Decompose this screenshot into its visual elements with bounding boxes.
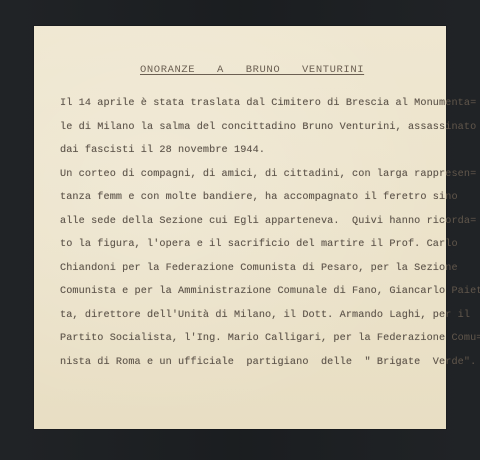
- body-line: dai fascisti il 28 novembre 1944.: [60, 139, 440, 163]
- body-line: ta, direttore dell'Unità di Milano, il D…: [60, 304, 440, 328]
- body-line: to la figura, l'opera e il sacrificio de…: [60, 233, 440, 257]
- body-line: tanza femm e con molte bandiere, ha acco…: [60, 186, 440, 210]
- body-line: Il 14 aprile è stata traslata dal Cimite…: [60, 92, 440, 116]
- body-line: le di Milano la salma del concittadino B…: [60, 116, 440, 140]
- document-title: ONORANZE A BRUNO VENTURINI: [140, 64, 300, 76]
- body-line: Comunista e per la Amministrazione Comun…: [60, 280, 440, 304]
- body-line: Chiandoni per la Federazione Comunista d…: [60, 257, 440, 281]
- body-line: Partito Socialista, l'Ing. Mario Calliga…: [60, 327, 440, 351]
- body-line: nista di Roma e un ufficiale partigiano …: [60, 351, 440, 375]
- body-line: alle sede della Sezione cui Egli apparte…: [60, 210, 440, 234]
- body-line: Un corteo di compagni, di amici, di citt…: [60, 163, 440, 187]
- document-body: Il 14 aprile è stata traslata dal Cimite…: [60, 92, 440, 374]
- typewritten-page: ONORANZE A BRUNO VENTURINI Il 14 aprile …: [34, 26, 446, 429]
